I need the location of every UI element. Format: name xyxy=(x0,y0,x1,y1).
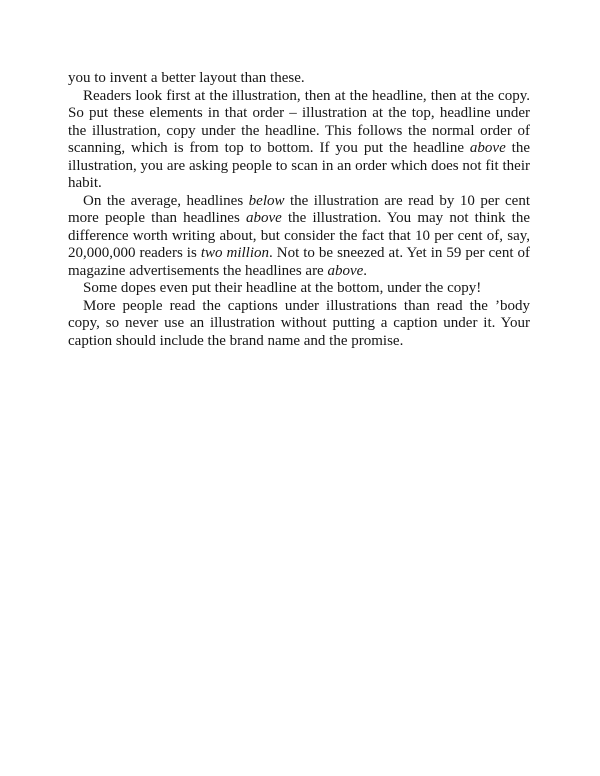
text-run: . xyxy=(363,263,367,279)
text-run: More people read the captions under illu… xyxy=(68,298,530,349)
italic-text-run: above xyxy=(246,210,282,226)
text-run: On the average, headlines xyxy=(83,193,249,209)
text-run: Readers look first at the illustration, … xyxy=(68,88,530,157)
italic-text-run: two million xyxy=(201,245,269,261)
italic-text-run: above xyxy=(470,140,506,156)
paragraph: More people read the captions under illu… xyxy=(68,298,530,351)
paragraph: Readers look first at the illustration, … xyxy=(68,88,530,193)
italic-text-run: above xyxy=(327,263,363,279)
paragraph: Some dopes even put their headline at th… xyxy=(68,280,530,298)
body-text: you to invent a better layout than these… xyxy=(68,70,530,350)
text-run: you to invent a better layout than these… xyxy=(68,70,305,86)
paragraph: On the average, headlines below the illu… xyxy=(68,193,530,281)
book-page: you to invent a better layout than these… xyxy=(0,0,600,776)
page-background: { "page": { "kind": "scanned-book-page",… xyxy=(0,0,600,776)
italic-text-run: below xyxy=(249,193,285,209)
paragraph: you to invent a better layout than these… xyxy=(68,70,530,88)
text-run: Some dopes even put their headline at th… xyxy=(83,280,481,296)
